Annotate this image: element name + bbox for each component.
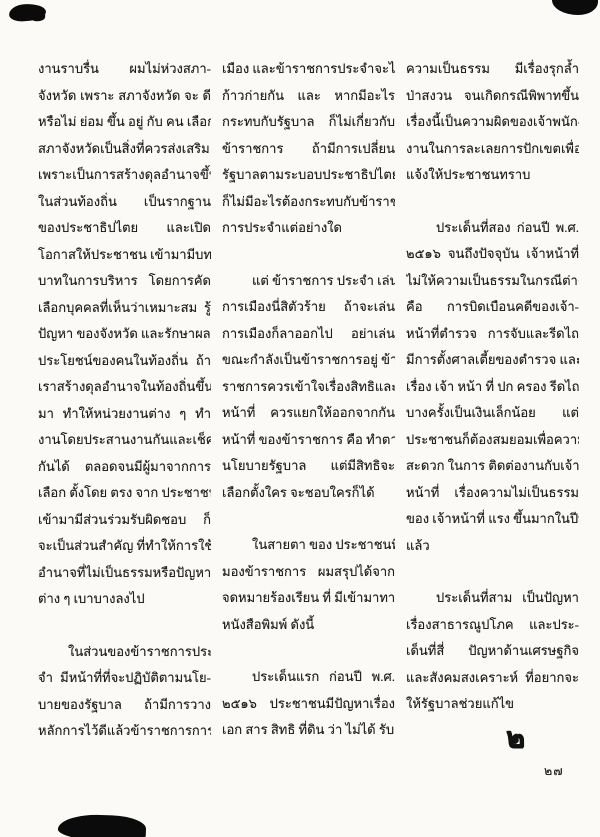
text-line: หน้าที่ ควรแยกให้ออกจากกัน xyxy=(222,400,395,427)
text-line: ประชาชนก็ต้องสมยอมเพื่อความ xyxy=(406,427,579,454)
text-line: ขณะกำลังเป็นข้าราชการอยู่ ข้า- xyxy=(222,347,395,374)
text-line: บางครั้งเป็นเงินเล็กน้อย แต่ xyxy=(406,400,579,427)
text-line: เลือก ตั้งโดย ตรง จาก ประชาชน xyxy=(38,480,211,507)
text-line: การประจำแต่อย่างใด xyxy=(222,215,395,242)
text-line: ประเด็นแรก ก่อนปี พ.ศ. xyxy=(222,664,395,691)
text-line: จดหมายร้องเรียน ที่ มีเข้ามาทาง xyxy=(222,585,395,612)
text-line: ในส่วนของข้าราชการประ- xyxy=(38,639,211,666)
text-line: ประโยชน์ของคนในท้องถิ่น ถ้า xyxy=(38,348,211,375)
text-line: ในสายตา ของ ประชาชนที่ xyxy=(222,532,395,559)
text-line: มองข้าราชการ ผมสรุปได้จาก xyxy=(222,559,395,586)
text-line: ก็ไม่มีอะไรต้องกระทบกับข้าราช- xyxy=(222,189,395,216)
text-line: แจ้งให้ประชาชนทราบ xyxy=(406,162,579,189)
paragraph: แต่ ข้าราชการ ประจำ เล่นการเมืองนี่สิตัว… xyxy=(222,268,395,507)
text-line: เลือกบุคคลที่เห็นว่าเหมาะสม รู้ xyxy=(38,295,211,322)
text-line: อำนาจที่ไม่เป็นธรรมหรือปัญหา xyxy=(38,560,211,587)
text-line: งานในการละเลยการปักเขตเพื่อ xyxy=(406,136,579,163)
text-line: จำ มีหน้าที่ที่จะปฏิบัติตามนโย- xyxy=(38,665,211,692)
text-line: มา ทำให้หน่วยงานต่าง ๆ ทำ xyxy=(38,401,211,428)
text-line: ของ เจ้าหน้าที่ แรง ขึ้นมากในปีที่ xyxy=(406,506,579,533)
text-line: เราสร้างดุลอำนาจในท้องถิ่นขึ้น xyxy=(38,374,211,401)
text-line: ความเป็นธรรม มีเรื่องรุกล้ำ xyxy=(406,56,579,83)
text-line: ไม่ให้ความเป็นธรรมในกรณีต่างๆ xyxy=(406,268,579,295)
text-line: ป่าสงวน จนเกิดกรณีพิพาทขึ้น xyxy=(406,83,579,110)
text-line: เมือง และข้าราชการประจำจะไม่ xyxy=(222,56,395,83)
scanned-page: งานราบรื่น ผมไม่ห่วงสภา-จังหวัด เพราะ สภ… xyxy=(0,0,600,837)
paragraph: ในสายตา ของ ประชาชนที่มองข้าราชการ ผมสรุ… xyxy=(222,532,395,638)
text-line: ในส่วนท้องถิ่น เป็นรากฐาน xyxy=(38,189,211,216)
text-line: หน้าที่ เรื่องความไม่เป็นธรรม xyxy=(406,480,579,507)
page-number: ๒๗ xyxy=(544,761,564,781)
text-line: เด็นที่สี่ ปัญหาด้านเศรษฐกิจ xyxy=(406,638,579,665)
paragraph: ประเด็นที่สอง ก่อนปี พ.ศ.๒๕๑๖ จนถึงปัจจุ… xyxy=(406,215,579,560)
paragraph: ประเด็นแรก ก่อนปี พ.ศ.๒๕๑๖ ประชาชนมีปัญห… xyxy=(222,664,395,744)
text-line: รัฐบาลตามระบอบประชาธิปไตย xyxy=(222,162,395,189)
ink-smudge-top-right xyxy=(552,0,598,15)
paragraph: ในส่วนของข้าราชการประ-จำ มีหน้าที่ที่จะป… xyxy=(38,639,211,745)
text-line: การเมืองก็ลาออกไป อย่าเล่น xyxy=(222,321,395,348)
text-line: ต่าง ๆ เบาบางลงไป xyxy=(38,586,211,613)
text-line: เรื่อง เจ้า หน้า ที่ ปก ครอง รีดไถ xyxy=(406,374,579,401)
text-line: เรื่องนี้เป็นความผิดของเจ้าพนัก- xyxy=(406,109,579,136)
text-line: และสังคมสงเคราะห์ ที่อยากจะ xyxy=(406,665,579,692)
text-line: แต่ ข้าราชการ ประจำ เล่น xyxy=(222,268,395,295)
text-line: กระทบกับรัฐบาล ก็ไม่เกี่ยวกับ xyxy=(222,109,395,136)
text-column-1: งานราบรื่น ผมไม่ห่วงสภา-จังหวัด เพราะ สภ… xyxy=(38,56,211,745)
text-line: โอกาสให้ประชาชน เข้ามามีบท- xyxy=(38,242,211,269)
text-line: เพราะเป็นการสร้างดุลอำนาจขึ้น xyxy=(38,162,211,189)
text-line: ๒๕๑๖ จนถึงปัจจุบัน เจ้าหน้าที่ xyxy=(406,241,579,268)
text-line: หน้าที่ตำรวจ การจับและรีดไถ xyxy=(406,321,579,348)
text-line: บาทในการบริหาร โดยการคัด xyxy=(38,268,211,295)
text-columns: งานราบรื่น ผมไม่ห่วงสภา-จังหวัด เพราะ สภ… xyxy=(38,56,579,745)
text-line: การเมืองนี่สิตัวร้าย ถ้าจะเล่น xyxy=(222,294,395,321)
text-line: กันได้ ตลอดจนมีผู้มาจากการ xyxy=(38,454,211,481)
text-line: ปัญหา ของจังหวัด และรักษาผล- xyxy=(38,321,211,348)
text-line: งานโดยประสานงานกันและเช็ค xyxy=(38,427,211,454)
text-line: หนังสือพิมพ์ ดังนี้ xyxy=(222,612,395,639)
text-line: หน้าที่ ของข้าราชการ คือ ทำตาม xyxy=(222,427,395,454)
end-of-article-mark: ๒ xyxy=(506,724,524,754)
text-line: ประเด็นที่สอง ก่อนปี พ.ศ. xyxy=(406,215,579,242)
text-line: ข้าราชการ ถ้ามีการเปลี่ยน xyxy=(222,136,395,163)
text-line: จะเป็นส่วนสำคัญ ที่ทำให้การใช้ xyxy=(38,533,211,560)
text-column-3: ความเป็นธรรม มีเรื่องรุกล้ำป่าสงวน จนเกิ… xyxy=(406,56,579,745)
text-line: ให้รัฐบาลช่วยแก้ไข xyxy=(406,691,579,718)
paragraph: งานราบรื่น ผมไม่ห่วงสภา-จังหวัด เพราะ สภ… xyxy=(38,56,211,613)
text-line: สะดวก ในการ ติดต่องานกับเจ้า- xyxy=(406,453,579,480)
paragraph: ความเป็นธรรม มีเรื่องรุกล้ำป่าสงวน จนเกิ… xyxy=(406,56,579,189)
text-line: หลักการไว้ดีแล้วข้าราชการการ- xyxy=(38,718,211,745)
text-line: ๒๕๑๖ ประชาชนมีปัญหาเรื่อง xyxy=(222,691,395,718)
text-line: คือ การบิดเบือนคดีของเจ้า- xyxy=(406,294,579,321)
paragraph: ประเด็นที่สาม เป็นปัญหาเรื่องสาธารณูปโภค… xyxy=(406,585,579,718)
text-line: เอก สาร สิทธิ ที่ดิน ว่า ไม่ได้ รับ xyxy=(222,717,395,744)
text-line: มีการตั้งศาลเตี้ยของตำรวจ และ xyxy=(406,347,579,374)
text-column-2: เมือง และข้าราชการประจำจะไม่ก้าวก่ายกัน … xyxy=(222,56,395,745)
paragraph: เมือง และข้าราชการประจำจะไม่ก้าวก่ายกัน … xyxy=(222,56,395,242)
text-line: นโยบายรัฐบาล แต่มีสิทธิจะ xyxy=(222,453,395,480)
text-line: หรือไม่ ย่อม ขึ้น อยู่ กับ คน เลือก xyxy=(38,109,211,136)
text-line: งานราบรื่น ผมไม่ห่วงสภา- xyxy=(38,56,211,83)
text-line: ประเด็นที่สาม เป็นปัญหา xyxy=(406,585,579,612)
text-line: แล้ว xyxy=(406,533,579,560)
text-line: บายของรัฐบาล ถ้ามีการวาง xyxy=(38,692,211,719)
text-line: เรื่องสาธารณูปโภค และประ- xyxy=(406,612,579,639)
text-line: จังหวัด เพราะ สภาจังหวัด จะ ดี xyxy=(38,83,211,110)
text-line: ราชการควรเข้าใจเรื่องสิทธิและ xyxy=(222,374,395,401)
text-line: ก้าวก่ายกัน และ หากมีอะไร xyxy=(222,83,395,110)
text-line: ของประชาธิปไตย และเปิด xyxy=(38,215,211,242)
text-line: เข้ามามีส่วนร่วมรับผิดชอบ ก็ xyxy=(38,507,211,534)
text-line: เลือกตั้งใคร จะชอบใครก็ได้ xyxy=(222,480,395,507)
text-line: สภาจังหวัดเป็นสิ่งที่ควรส่งเสริม xyxy=(38,136,211,163)
ink-smudge-top-left xyxy=(8,3,46,23)
